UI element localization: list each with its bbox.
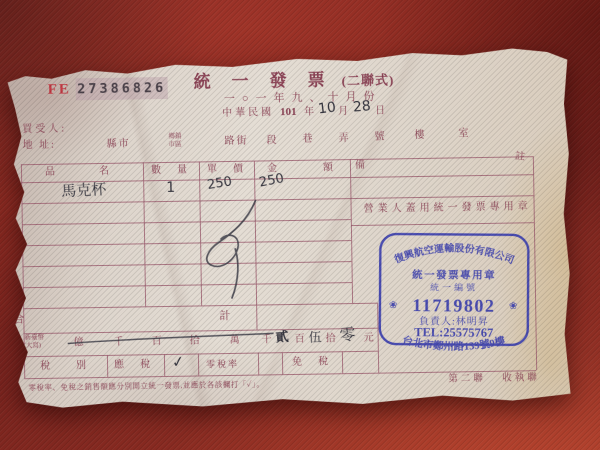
col-header-note-right: 註: [514, 152, 525, 163]
currency-label-1: 新臺幣: [25, 335, 45, 342]
copy-name-label: 收執聯: [502, 374, 540, 384]
footer-note: 零稅率、免稅之銷售額應分別開立統一發票,並應於各該欄打「✓」。: [28, 380, 264, 391]
copy-number-label: 第二聯: [448, 375, 486, 385]
handwritten-ones: 零: [339, 326, 357, 344]
grid-line: [22, 261, 351, 267]
receipt-invoice: FE 27386826 統一發票 (二聯式) 一○一年九、十月份 中華民國 10…: [7, 44, 573, 417]
digit-unit: 元: [364, 334, 374, 344]
digit-unit: 百: [152, 337, 162, 347]
handwritten-item-name: 馬克杯: [61, 182, 107, 199]
col-header-qty: 數量: [151, 165, 203, 176]
digit-unit: 拾: [326, 334, 336, 344]
grid-line: [22, 219, 351, 225]
grid-line: [23, 282, 352, 288]
seal-tel: TEL:25575767: [414, 325, 493, 340]
col-header-price: 單價: [207, 165, 259, 176]
roc-era: 中華民國: [222, 108, 274, 119]
seal-flower-right: ❀: [509, 301, 517, 312]
grid-line: [258, 353, 259, 375]
handwritten-tens: 伍: [308, 331, 322, 345]
handwritten-amount: 250: [258, 172, 285, 189]
buyer-label: 買受人:: [22, 125, 67, 136]
year-unit: 年: [304, 108, 314, 118]
col-header-item: 品名: [45, 166, 153, 178]
addr-number: 號: [374, 133, 384, 143]
invoice-title: 統一發票: [193, 71, 345, 90]
amount-strikethrough: [68, 333, 274, 343]
tax-type-label: 稅別: [40, 361, 112, 372]
day-unit: 日: [375, 107, 385, 117]
handwritten-unit-price: 250: [206, 175, 233, 192]
addr-township-1: 鄉鎮: [168, 134, 181, 141]
addr-alley: 弄: [338, 134, 348, 144]
grid-line: [22, 240, 351, 246]
grid-line: [533, 156, 537, 370]
digit-unit: 百: [295, 335, 305, 345]
grid-line: [24, 328, 378, 335]
currency-label-2: (大寫): [24, 343, 41, 350]
sum-label: 計: [219, 311, 230, 322]
digit-unit: 拾: [190, 336, 200, 346]
addr-county: 縣市: [107, 140, 131, 150]
sum-label-left: 合: [13, 314, 24, 325]
tax-exempt-label: 免稅: [292, 357, 344, 368]
tax-taxable-label: 應稅: [114, 360, 166, 371]
addr-room: 室: [458, 129, 468, 139]
handwritten-month: 10: [317, 100, 336, 116]
digit-unit: 千: [262, 335, 272, 345]
seal-flower-left: ❀: [389, 300, 397, 311]
digit-unit: 千: [114, 338, 124, 348]
digit-unit: 萬: [230, 336, 240, 346]
handwritten-qty: 1: [166, 181, 175, 195]
addr-section: 段: [266, 136, 276, 146]
table-grid: [7, 44, 567, 53]
photo-background: FE 27386826 統一發票 (二聯式) 一○一年九、十月份 中華民國 10…: [0, 0, 600, 450]
seal-tax-id-number: 11719802: [412, 295, 495, 316]
handwritten-hundreds: 貳: [275, 331, 289, 345]
seal-tax-id-label: 統一編號: [430, 281, 478, 292]
serial-number: 27386826: [77, 80, 166, 97]
invoice-title-suffix: (二聯式): [342, 73, 395, 87]
month-unit: 月: [338, 107, 348, 117]
col-header-note-left: 備: [355, 161, 365, 171]
addr-road: 路街: [224, 137, 248, 147]
stamp-area-label: 營業人蓋用統一發票專用章: [364, 202, 532, 215]
seal-company-name: 復興航空運輸股份有限公司: [392, 241, 516, 267]
grid-line: [198, 353, 199, 375]
receipt-paper-wrap: FE 27386826 統一發票 (二聯式) 一○一年九、十月份 中華民國 10…: [7, 44, 577, 423]
addr-floor: 樓: [414, 131, 424, 141]
svg-text:復興航空運輸股份有限公司: 復興航空運輸股份有限公司: [392, 241, 516, 267]
handwritten-day: 28: [352, 99, 371, 114]
roc-year: 101: [280, 107, 297, 118]
company-seal: 復興航空運輸股份有限公司 統一發票專用章 統一編號 ❀ 11719802 ❀ 負…: [375, 229, 534, 364]
addr-lane: 巷: [302, 135, 312, 145]
addr-township-2: 市區: [169, 142, 182, 149]
handwritten-checkmark: ✓: [171, 354, 186, 371]
tax-zero-rate-label: 零稅率: [206, 360, 239, 370]
serial-prefix: FE: [48, 82, 71, 97]
digit-unit: 億: [74, 338, 84, 348]
grid-line: [351, 222, 534, 226]
serial-number-panel: 27386826: [76, 77, 168, 100]
grid-line: [21, 164, 25, 378]
grid-line: [282, 352, 283, 374]
address-label: 地 址:: [23, 141, 56, 152]
seal-title: 統一發票專用章: [412, 268, 496, 282]
